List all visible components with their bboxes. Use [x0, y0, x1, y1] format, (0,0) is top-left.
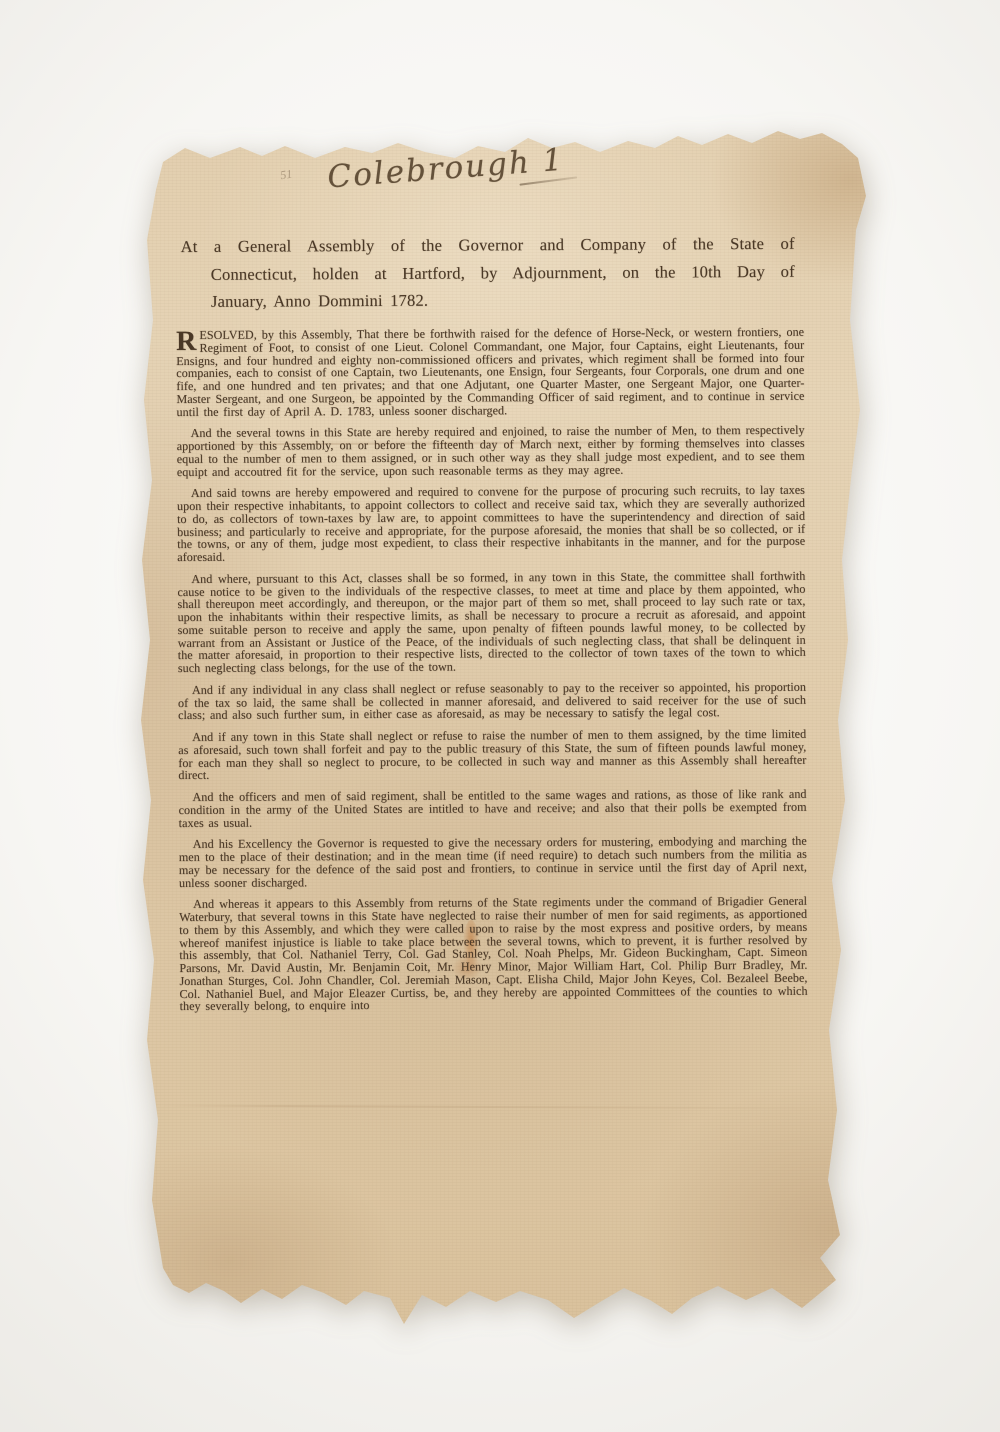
document-content: 51 Colebrough 1 At a General Assembly of… [0, 0, 1000, 1432]
paper-shadow: 51 Colebrough 1 At a General Assembly of… [0, 0, 1000, 1432]
faint-corner-mark: 51 [279, 167, 293, 184]
paragraph-individual-neglect: And if any individual in any class shall… [178, 680, 806, 722]
paragraph-committees-appointed: And whereas it appears to this Assembly … [179, 895, 808, 1013]
paragraph-text: ESOLVED, by this Assembly, That there be… [176, 325, 804, 419]
paragraph-governor-orders: And his Excellency the Governor is reque… [179, 835, 807, 889]
document-title: At a General Assembly of the Governor an… [181, 230, 795, 316]
paragraph-towns-empowered: And said towns are hereby empowered and … [177, 484, 805, 564]
title-line-3: January, Anno Dommini 1782. [181, 285, 795, 316]
document-paper: 51 Colebrough 1 At a General Assembly of… [0, 0, 1000, 1432]
title-line-2: Connecticut, holden at Hartford, by Adjo… [181, 257, 795, 288]
document-body: RESOLVED, by this Assembly, That there b… [176, 326, 808, 1022]
paragraph-resolved: RESOLVED, by this Assembly, That there b… [176, 326, 804, 419]
paragraph-towns-raise-men: And the several towns in this State are … [177, 424, 805, 478]
paragraph-classes-formed: And where, pursuant to this Act, classes… [177, 569, 806, 674]
paragraph-wages-rations: And the officers and men of said regimen… [178, 788, 806, 830]
title-line-1: At a General Assembly of the Governor an… [181, 230, 795, 261]
paragraph-town-forfeit: And if any town in this State shall negl… [178, 728, 806, 782]
photo-background: 51 Colebrough 1 At a General Assembly of… [0, 0, 1000, 1432]
handwritten-inscription: Colebrough 1 [326, 142, 565, 196]
drop-cap: R [176, 329, 199, 353]
